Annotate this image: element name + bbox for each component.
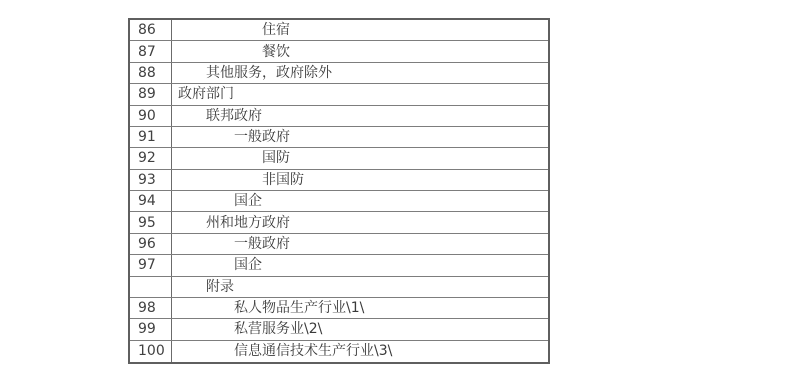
table-row: 附录 bbox=[130, 277, 548, 298]
table-row: 86 住宿 bbox=[130, 20, 548, 41]
table-row: 99 私营服务业\2\ bbox=[130, 319, 548, 340]
row-number: 100 bbox=[130, 341, 172, 362]
row-number: 87 bbox=[130, 41, 172, 61]
row-label: 联邦政府 bbox=[172, 106, 548, 126]
row-label: 非国防 bbox=[172, 170, 548, 190]
row-number: 96 bbox=[130, 234, 172, 254]
table-row: 90 联邦政府 bbox=[130, 106, 548, 127]
table-row: 97 国企 bbox=[130, 255, 548, 276]
row-label: 政府部门 bbox=[172, 84, 548, 104]
row-number: 88 bbox=[130, 63, 172, 83]
row-number: 98 bbox=[130, 298, 172, 318]
row-label: 州和地方政府 bbox=[172, 212, 548, 232]
row-label: 私人物品生产行业\1\ bbox=[172, 298, 548, 318]
row-number: 86 bbox=[130, 20, 172, 40]
row-number: 95 bbox=[130, 212, 172, 232]
table-row: 89 政府部门 bbox=[130, 84, 548, 105]
row-label: 住宿 bbox=[172, 20, 548, 40]
row-label: 餐饮 bbox=[172, 41, 548, 61]
table-row: 88 其他服务，政府除外 bbox=[130, 63, 548, 84]
row-label: 国企 bbox=[172, 191, 548, 211]
row-number: 90 bbox=[130, 106, 172, 126]
table-row: 93 非国防 bbox=[130, 170, 548, 191]
table-row: 92 国防 bbox=[130, 148, 548, 169]
row-number: 97 bbox=[130, 255, 172, 275]
table-row: 87 餐饮 bbox=[130, 41, 548, 62]
row-number: 92 bbox=[130, 148, 172, 168]
row-label: 私营服务业\2\ bbox=[172, 319, 548, 339]
row-label: 一般政府 bbox=[172, 127, 548, 147]
table-row: 91 一般政府 bbox=[130, 127, 548, 148]
table-row: 96 一般政府 bbox=[130, 234, 548, 255]
table-row: 95 州和地方政府 bbox=[130, 212, 548, 233]
row-number: 99 bbox=[130, 319, 172, 339]
row-number: 93 bbox=[130, 170, 172, 190]
table-row: 100 信息通信技术生产行业\3\ bbox=[130, 341, 548, 362]
row-label: 信息通信技术生产行业\3\ bbox=[172, 341, 548, 362]
row-number bbox=[130, 277, 172, 297]
row-number: 94 bbox=[130, 191, 172, 211]
industry-category-table: 86 住宿 87 餐饮 88 其他服务，政府除外 89 政府部门 90 联邦政府… bbox=[128, 18, 550, 364]
table-row: 98 私人物品生产行业\1\ bbox=[130, 298, 548, 319]
row-number: 89 bbox=[130, 84, 172, 104]
table-row: 94 国企 bbox=[130, 191, 548, 212]
row-number: 91 bbox=[130, 127, 172, 147]
row-label: 其他服务，政府除外 bbox=[172, 63, 548, 83]
row-label: 国企 bbox=[172, 255, 548, 275]
row-label: 国防 bbox=[172, 148, 548, 168]
row-label: 附录 bbox=[172, 277, 548, 297]
row-label: 一般政府 bbox=[172, 234, 548, 254]
